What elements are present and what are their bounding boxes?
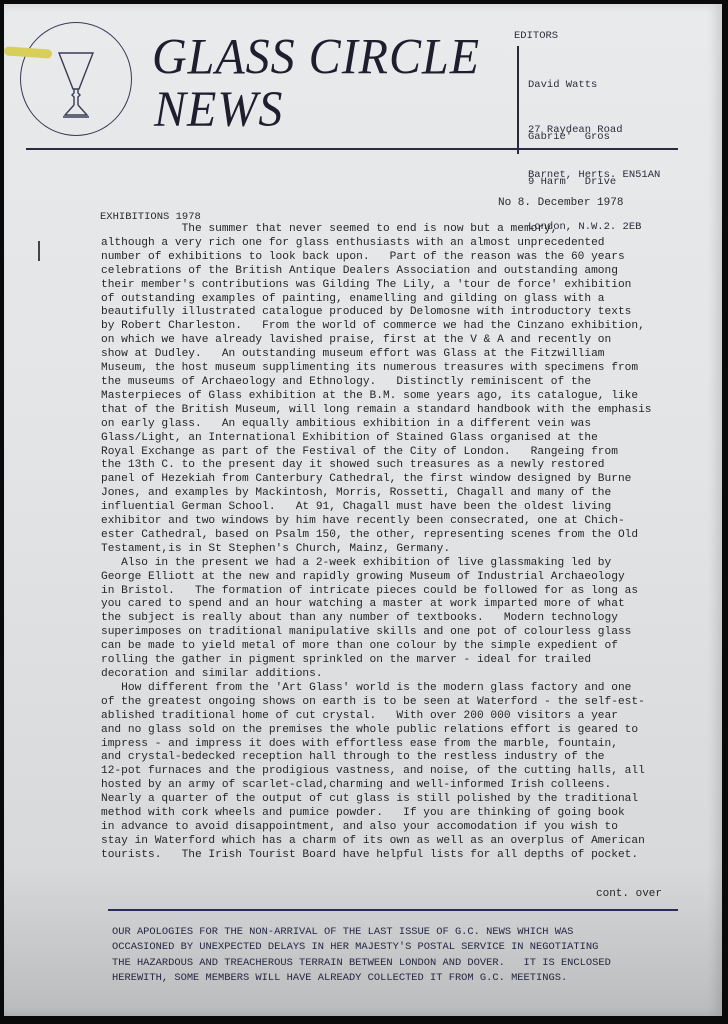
article-line: superimposes on traditional manipulative… <box>101 626 701 640</box>
article-title: EXHIBITIONS 1978 <box>100 211 201 223</box>
notice-line: HEREWITH, SOME MEMBERS WILL HAVE ALREADY… <box>112 971 702 986</box>
article-line: stay in Waterford which has a charm of i… <box>101 835 701 849</box>
footer-rule <box>108 909 678 911</box>
wine-glass-icon <box>21 23 131 135</box>
article-line: Glass/Light, an International Exhibition… <box>101 432 701 446</box>
article-line: How different from the 'Art Glass' world… <box>101 682 701 696</box>
article-line: although a very rich one for glass enthu… <box>101 237 701 251</box>
article-line: ablished traditional home of cut crystal… <box>101 710 701 724</box>
notice-line: THE HAZARDOUS AND TREACHEROUS TERRAIN BE… <box>112 956 702 971</box>
article-line: Nearly a quarter of the output of cut gl… <box>101 793 701 807</box>
article-line: number of exhibitions to look back upon.… <box>101 251 701 265</box>
newsletter-page: GLASS CIRCLE NEWS EDITORS David Watts 27… <box>4 4 722 1016</box>
article-line: of outstanding examples of painting, ena… <box>101 293 701 307</box>
article-line: impress - and impress it does with effor… <box>101 738 701 752</box>
article-line: Jones, and examples by Mackintosh, Morri… <box>101 487 701 501</box>
article-line: by Robert Charleston. From the world of … <box>101 320 701 334</box>
header-rule <box>26 148 678 150</box>
article-line: in advance to avoid disappointment, and … <box>101 821 701 835</box>
article-line: exhibitor and two windows by him have re… <box>101 515 701 529</box>
notice-line: OUR APOLOGIES FOR THE NON-ARRIVAL OF THE… <box>112 925 702 940</box>
article-line: in Bristol. The formation of intricate p… <box>101 585 701 599</box>
article-line: 12-pot furnaces and the prodigious vastn… <box>101 765 701 779</box>
article-line: and crystal-bedecked reception hall thro… <box>101 751 701 765</box>
article-line: the museums of Archaeology and Ethnology… <box>101 376 701 390</box>
article-line: tourists. The Irish Tourist Board have h… <box>101 849 701 863</box>
article-line: on early glass. An equally ambitious exh… <box>101 418 701 432</box>
article-line: rolling the gather in pigment sprinkled … <box>101 654 701 668</box>
article-line: the subject is really about than any num… <box>101 612 701 626</box>
article-line: on which we have already lavished praise… <box>101 334 701 348</box>
article-line: The summer that never seemed to end is n… <box>101 223 701 237</box>
article-line: Museum, the host museum supplimenting it… <box>101 362 701 376</box>
article-line: influential German School. At 91, Chagal… <box>101 501 701 515</box>
article-line: the 13th C. to the present day it showed… <box>101 459 701 473</box>
article-line: and no glass sold on the premises the wh… <box>101 724 701 738</box>
article-line: decoration and similar additions. <box>101 668 701 682</box>
article-line: celebrations of the British Antique Deal… <box>101 265 701 279</box>
article-line: ester Cathedral, based on Psalm 150, the… <box>101 529 701 543</box>
article-body: The summer that never seemed to end is n… <box>101 223 701 863</box>
apology-notice: OUR APOLOGIES FOR THE NON-ARRIVAL OF THE… <box>112 925 702 987</box>
margin-mark <box>38 241 40 261</box>
article-line: beautifully illustrated catalogue produc… <box>101 306 701 320</box>
article-line: you cared to spend and an hour watching … <box>101 598 701 612</box>
logo <box>20 22 132 136</box>
editors-divider <box>517 46 519 154</box>
article-line: show at Dudley. An outstanding museum ef… <box>101 348 701 362</box>
article-line: that of the British Museum, will long re… <box>101 404 701 418</box>
article-line: of the greatest ongoing shows on earth i… <box>101 696 701 710</box>
article-line: their member's contributions was Gilding… <box>101 279 701 293</box>
continued-note: cont. over <box>596 888 662 900</box>
article-line: Royal Exchange as part of the Festival o… <box>101 446 701 460</box>
article-line: method with cork wheels and pumice powde… <box>101 807 701 821</box>
notice-line: OCCASIONED BY UNEXPECTED DELAYS IN HER M… <box>112 940 702 955</box>
issue-number: No 8. December 1978 <box>498 197 623 209</box>
article-line: can be made to yield metal of more than … <box>101 640 701 654</box>
article-line: Also in the present we had a 2-week exhi… <box>101 557 701 571</box>
article-line: George Elliott at the new and rapidly gr… <box>101 571 701 585</box>
masthead-title: GLASS CIRCLE NEWS <box>152 32 480 137</box>
editors-label: EDITORS <box>514 30 558 42</box>
article-line: Testament,is in St Stephen's Church, Mai… <box>101 543 701 557</box>
article-line: Masterpieces of Glass exhibition at the … <box>101 390 701 404</box>
article-line: panel of Hezekiah from Canterbury Cathed… <box>101 473 701 487</box>
article-line: hosted by an army of scarlet-clad,charmi… <box>101 779 701 793</box>
